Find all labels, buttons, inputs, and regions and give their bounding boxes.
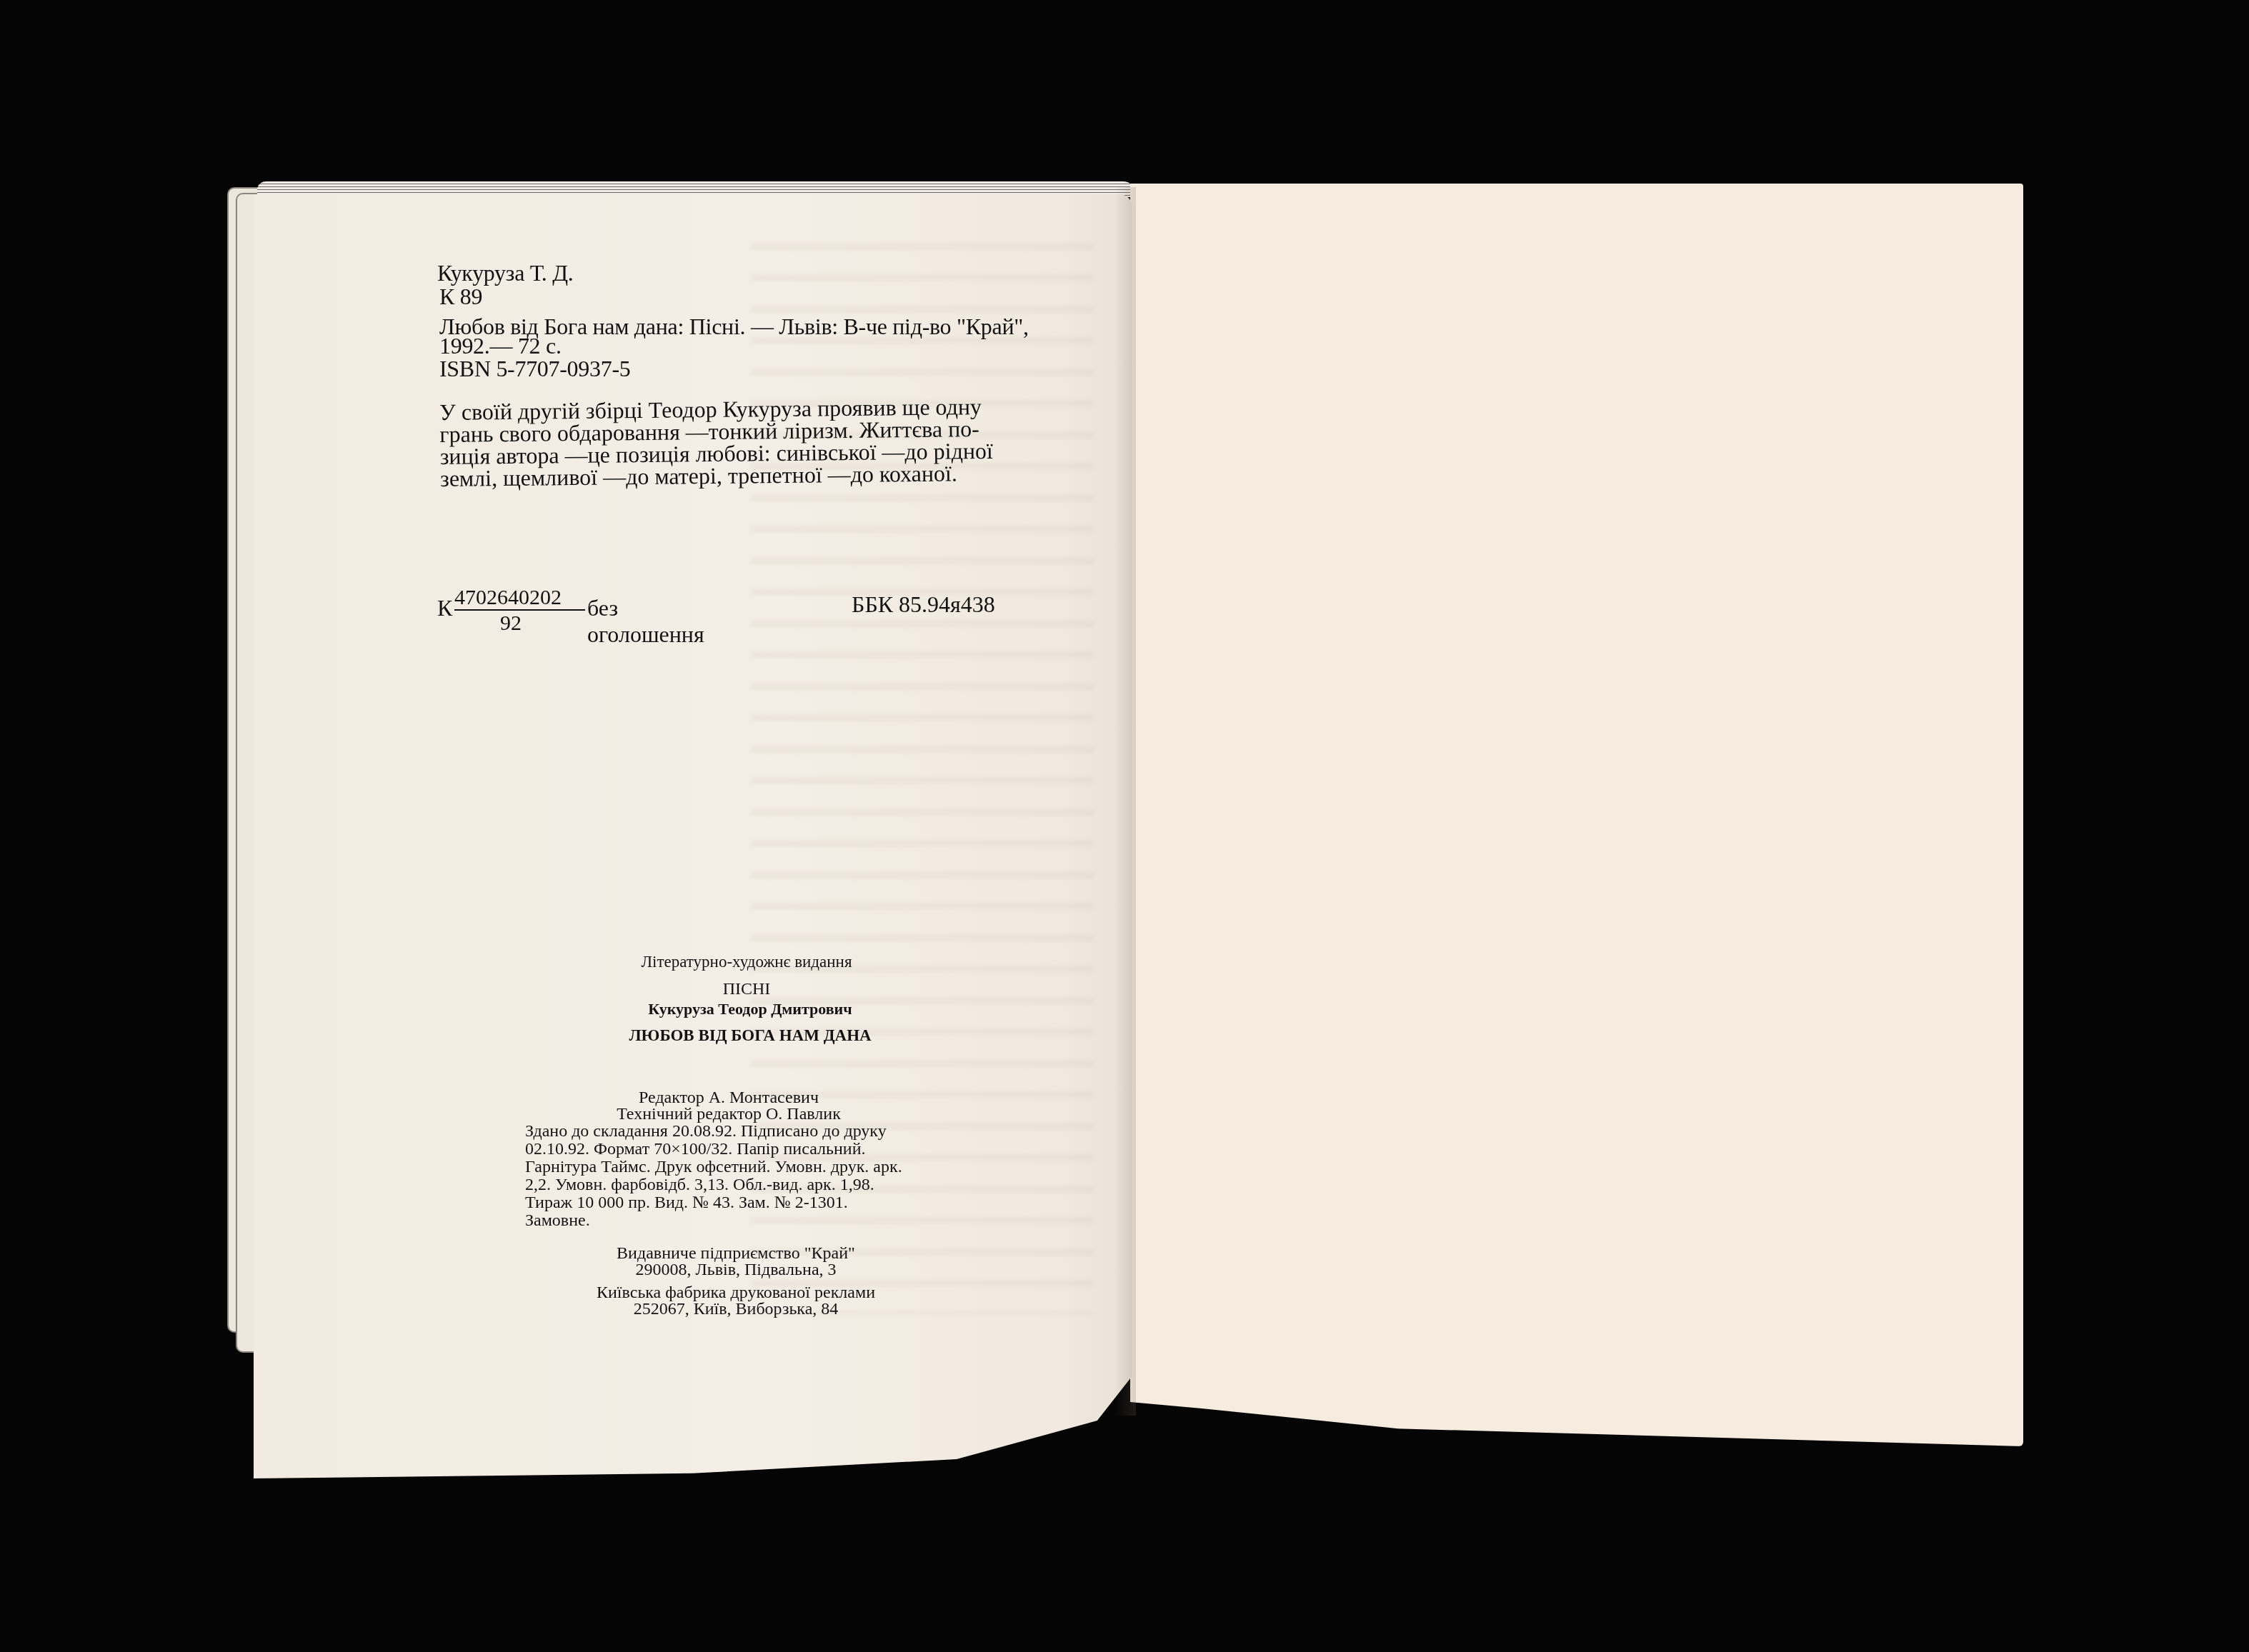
printing-details: Здано до складання 20.08.92. Підписано д… [525,1123,954,1230]
bbk-code: ББК 85.94я438 [852,591,995,618]
printing-line: Здано до складання 20.08.92. Підписано д… [525,1123,954,1141]
publisher-address: 290008, Львів, Підвальна, 3 [572,1261,900,1280]
imprint-title: ЛЮБОВ ВІД БОГА НАМ ДАНА [593,1026,907,1045]
open-book: Кукуруза Т. Д. К 89 Любов від Бога нам д… [0,0,2249,1652]
printing-line: 02.10.92. Формат 70×100/32. Папір писаль… [525,1141,954,1158]
imprint-author: Кукуруза Теодор Дмитрович [593,1000,907,1018]
printing-line: Гарнітура Таймс. Друк офсетний. Умовн. д… [525,1158,954,1176]
code-denominator: 92 [500,611,522,636]
catalog-index: К 89 [439,286,482,307]
catalog-isbn: ISBN 5-7707-0937-5 [439,358,630,379]
abstract-paragraph: У своїй другій збірці Теодор Кукуруза пр… [439,395,1069,490]
right-page-blank [1130,184,2023,1446]
printing-line: Тираж 10 000 пр. Вид. № 43. Зам. № 2-130… [525,1194,954,1212]
code-note: без оголошення [587,595,704,648]
k-letter: К [437,595,452,621]
catalog-title-line2: 1992.— 72 с. [439,335,562,356]
code-numerator: 4702640202 [454,586,562,610]
printer-address: 252067, Київ, Виборзька, 84 [557,1300,914,1319]
gutter-shadow [1114,187,1136,1416]
catalog-author: Кукуруза Т. Д. [437,262,573,284]
printing-line: Замовне. [525,1212,954,1230]
tech-editor: Технічний редактор О. Павлик [543,1105,914,1124]
printing-line: 2,2. Умовн. фарбовідб. 3,13. Обл.-вид. а… [525,1176,954,1194]
edition-genre: ПІСНІ [614,980,879,999]
fraction-bar [454,609,585,611]
edition-type: Літературно-художнє видання [614,953,879,971]
